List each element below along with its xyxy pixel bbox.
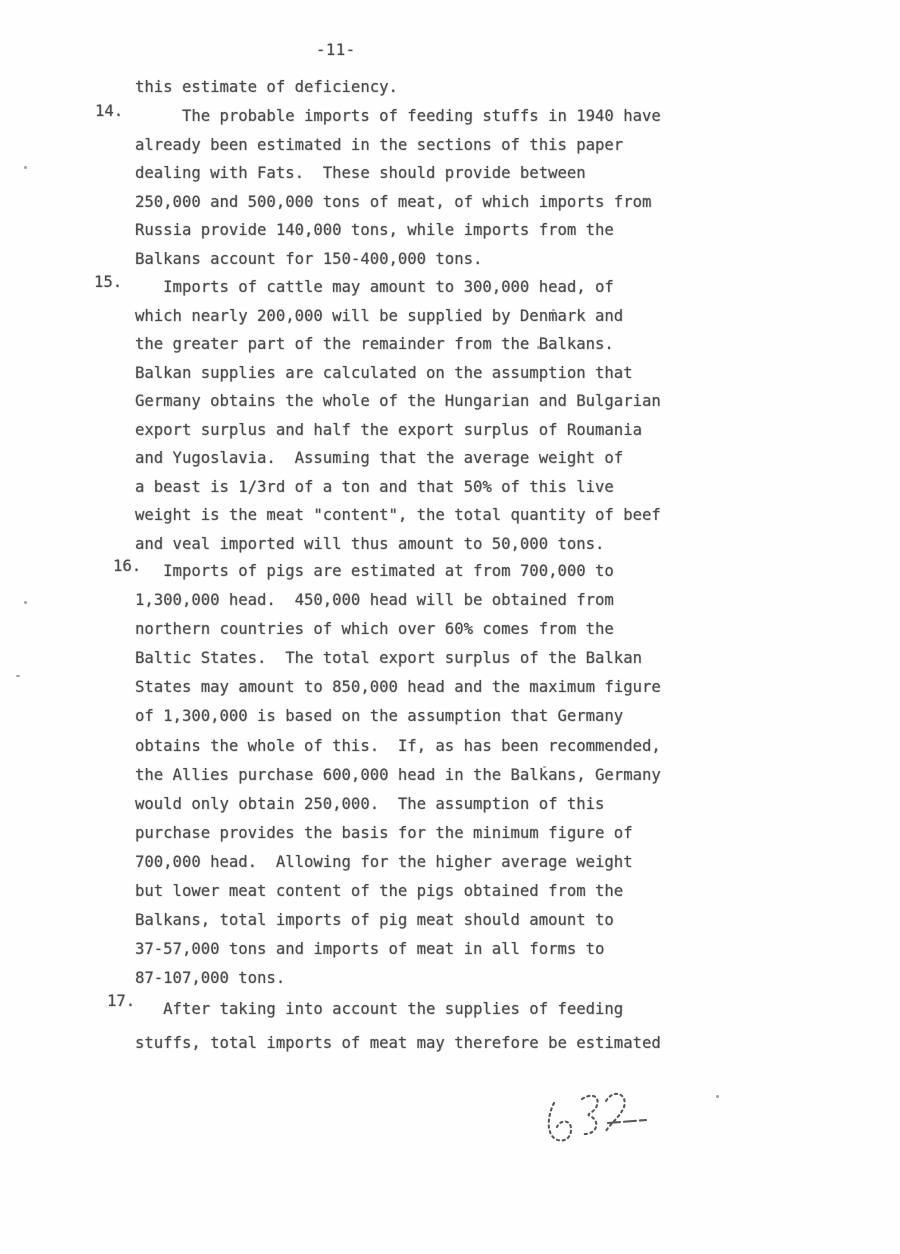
scanned-document-page: -11- this estimate of deficiency. 14. Th… [0,0,900,1254]
handwritten-mark [542,1083,662,1153]
paragraph-continuation: this estimate of deficiency. [0,73,900,102]
paragraph-14: 14. The probable imports of feeding stuf… [0,102,900,273]
scan-speck [552,309,555,311]
paragraph-number: 16. [113,557,141,575]
scan-speck [24,601,27,604]
paragraph-number: 17. [107,992,135,1010]
paragraph-number: 15. [94,273,122,291]
paragraph-text: The probable imports of feeding stuffs i… [135,102,695,273]
paragraph-15: 15. Imports of cattle may amount to 300,… [0,273,900,558]
paragraph-17: 17. After taking into account the suppli… [0,992,900,1060]
paragraph-text: After taking into account the supplies o… [135,992,695,1060]
paragraph-text: this estimate of deficiency. [135,73,695,102]
scan-speck [716,1095,719,1098]
paragraph-number: 14. [95,102,123,120]
scan-speck [537,346,540,349]
paragraph-16: 16. Imports of pigs are estimated at fro… [0,557,900,993]
paragraph-text: Imports of cattle may amount to 300,000 … [135,273,695,558]
page-number: -11- [316,43,356,59]
scan-speck [16,675,20,677]
paragraph-text: Imports of pigs are estimated at from 70… [135,557,695,993]
typewritten-text-layer: -11- this estimate of deficiency. 14. Th… [0,0,900,1254]
scan-speck [24,166,27,169]
scan-speck [543,766,546,768]
